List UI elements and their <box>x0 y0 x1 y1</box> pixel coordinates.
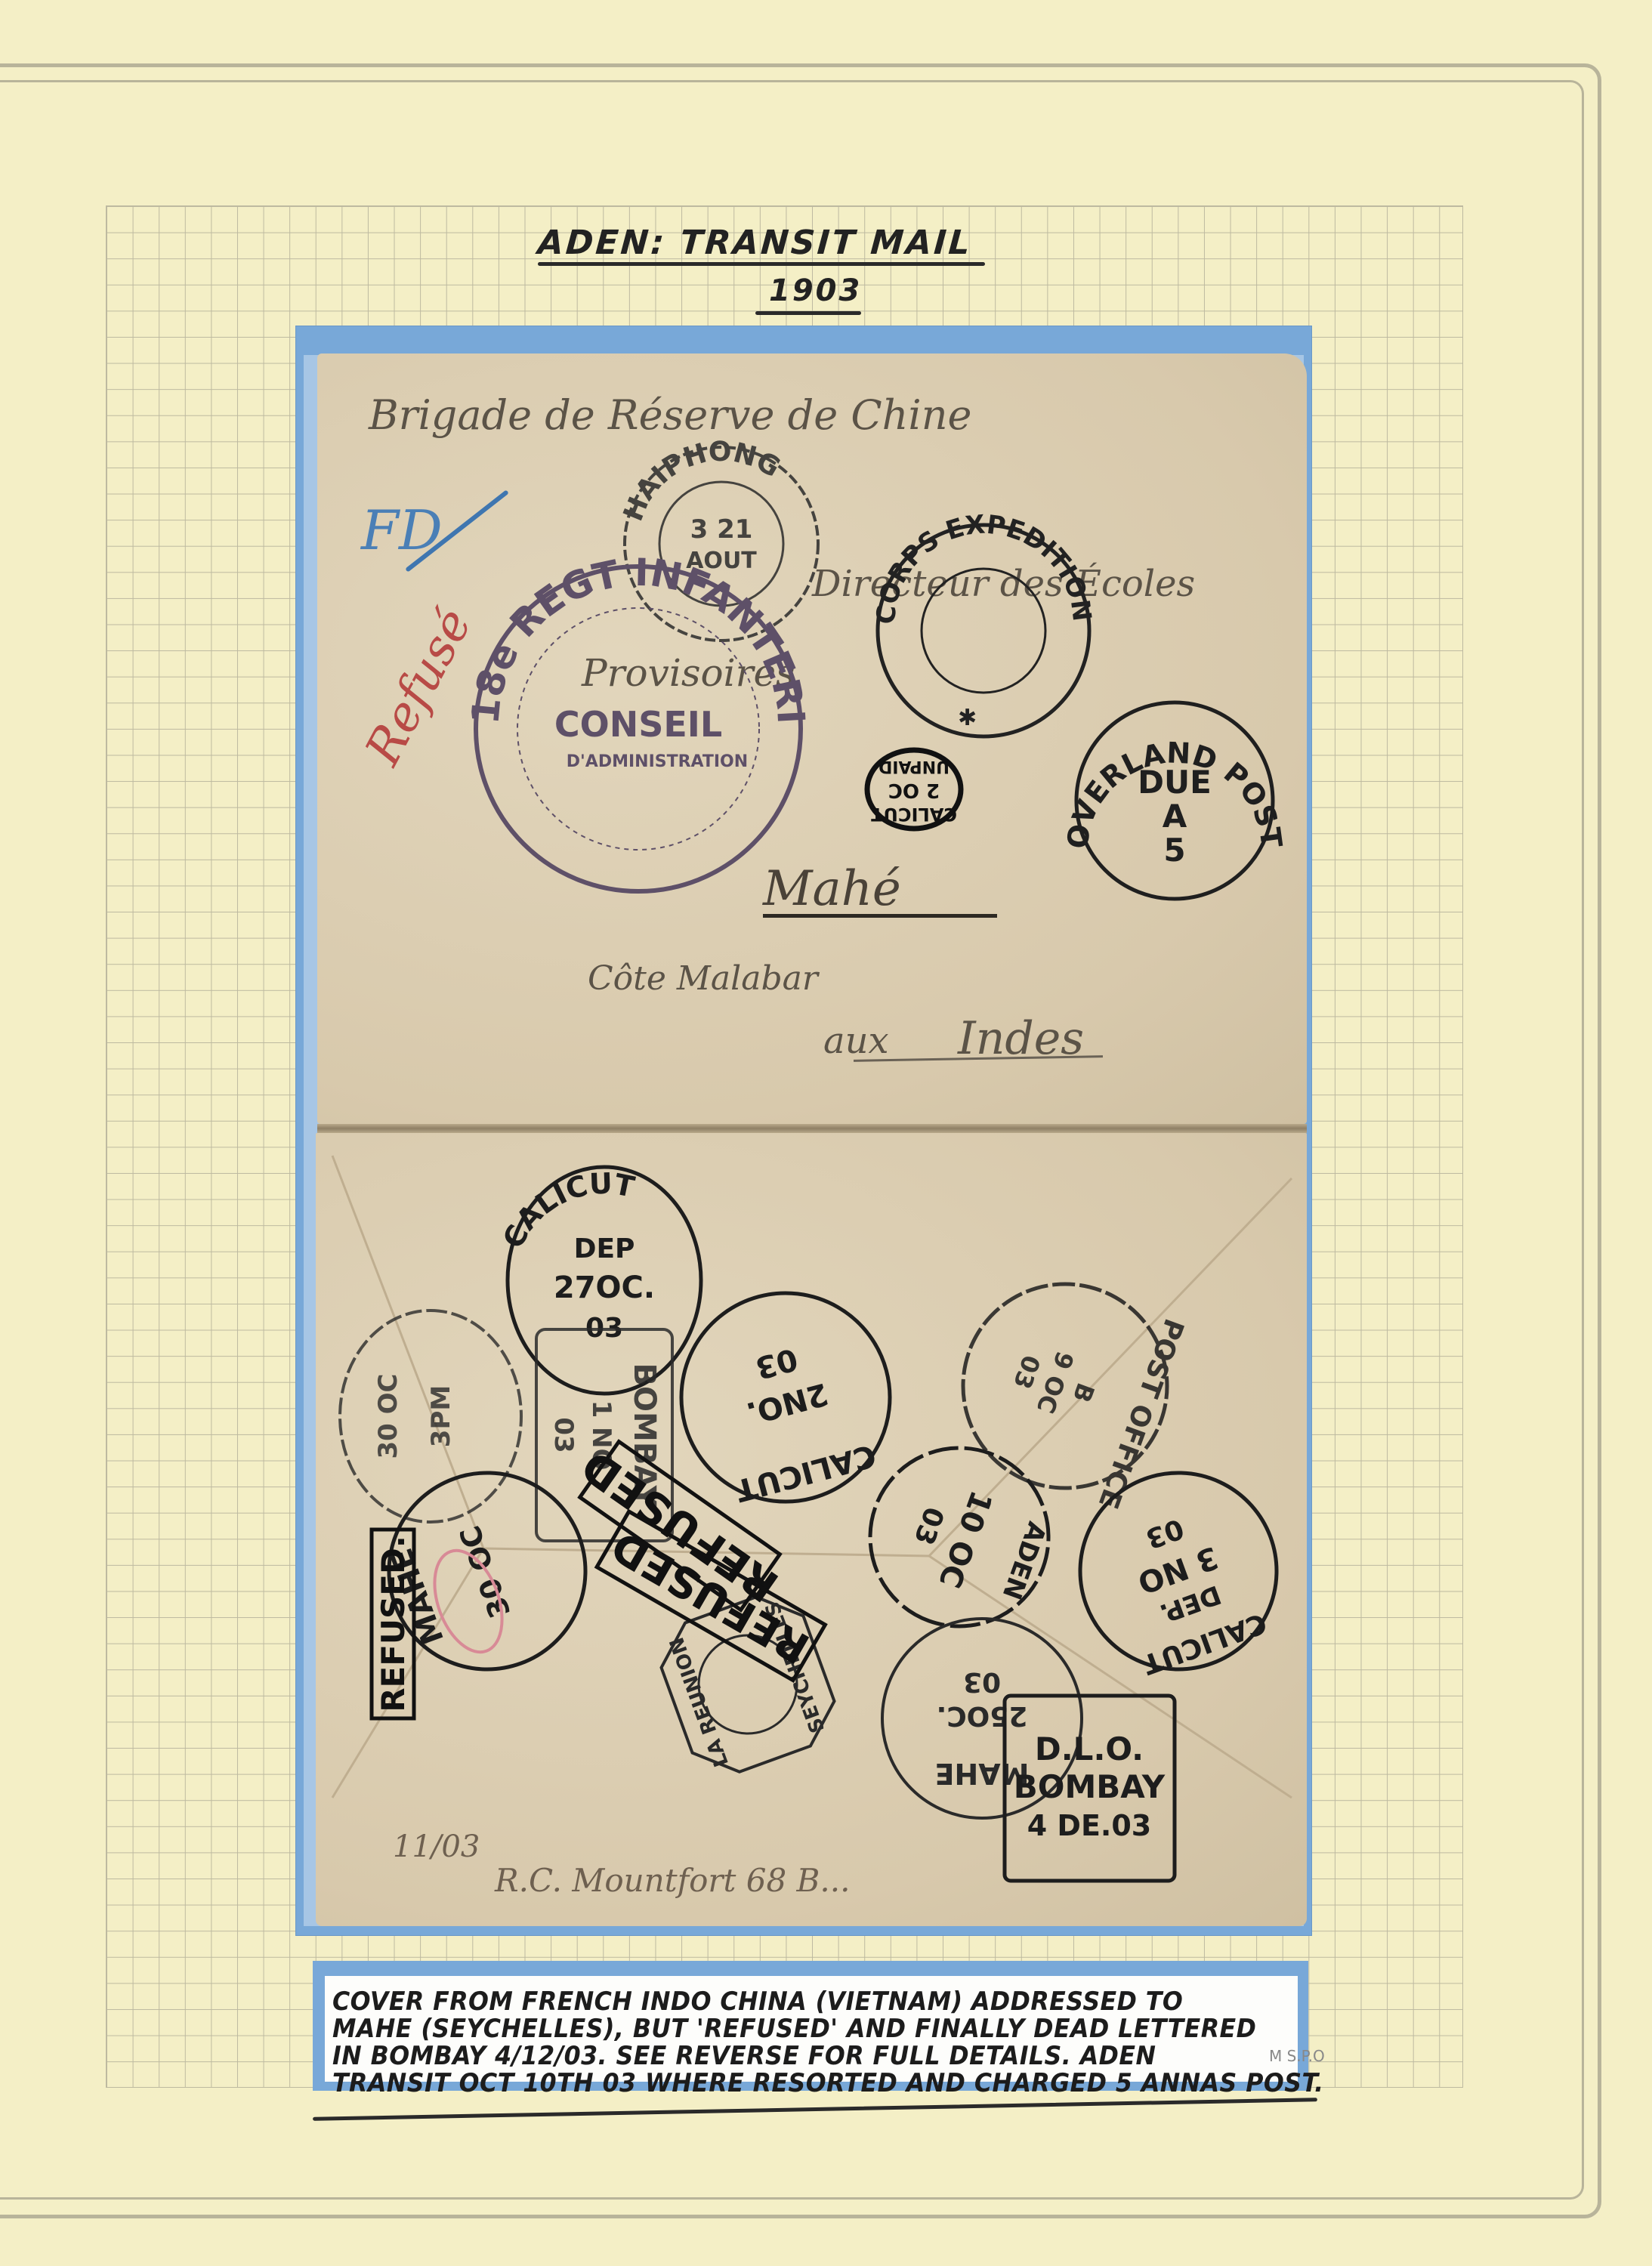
svg-text:2NO.: 2NO. <box>743 1375 832 1431</box>
refused-handstamp-vertical: REFUSED. <box>372 1530 414 1718</box>
svg-text:03: 03 <box>1141 1512 1187 1554</box>
svg-text:CALICUT: CALICUT <box>731 1437 879 1508</box>
svg-text:HAIPHONG: HAIPHONG <box>618 437 786 526</box>
calicut-dep-27oc: CALICUT DEP 27OC. 03 <box>496 1167 701 1394</box>
svg-text:3PM: 3PM <box>426 1385 456 1447</box>
caption-line: COVER FROM FRENCH INDO CHINA (VIETNAM) A… <box>332 1988 1239 2015</box>
caption-line: TRANSIT OCT 10TH 03 WHERE RESORTED AND C… <box>332 2070 1239 2097</box>
svg-text:CORPS EXPEDITIONNAIRE: CORPS EXPEDITIONNAIRE <box>0 0 1097 625</box>
post-office-postmark: POST OFFICE B 9 OC 03 <box>934 1255 1196 1517</box>
dlo-bombay-box-postmark: D.L.O. BOMBAY 4 DE.03 <box>1005 1696 1175 1881</box>
svg-text:D.L.O.: D.L.O. <box>1035 1730 1144 1767</box>
svg-text:POST OFFICE: POST OFFICE <box>1092 1314 1190 1512</box>
svg-text:25OC.: 25OC. <box>937 1700 1028 1731</box>
svg-text:2 OC: 2 OC <box>888 779 940 801</box>
pencil-note: M S.P.O <box>1269 2047 1325 2065</box>
svg-text:4 DE.03: 4 DE.03 <box>1027 1809 1152 1842</box>
svg-text:18e REGT INFANTERIE DE MARINE: 18e REGT INFANTERIE DE MARINE <box>0 0 813 726</box>
caption-line: IN BOMBAY 4/12/03. SEE REVERSE FOR FULL … <box>332 2042 1239 2070</box>
svg-text:03: 03 <box>752 1341 801 1385</box>
svg-text:UNPAID: UNPAID <box>878 757 950 776</box>
caption-text: COVER FROM FRENCH INDO CHINA (VIETNAM) A… <box>332 1988 1239 2097</box>
svg-text:5: 5 <box>1163 832 1185 869</box>
postmarks-layer: HAIPHONG 3 21 AOUT CORPS EXPEDITIONNAIRE… <box>0 0 1652 2266</box>
svg-text:CONSEIL: CONSEIL <box>554 704 722 745</box>
svg-text:D'ADMINISTRATION: D'ADMINISTRATION <box>567 752 748 771</box>
svg-text:03: 03 <box>548 1417 579 1453</box>
svg-text:CALICUT: CALICUT <box>1138 1607 1271 1680</box>
svg-text:BOMBAY: BOMBAY <box>1014 1768 1166 1805</box>
svg-text:CALICUT: CALICUT <box>870 804 957 825</box>
svg-text:27OC.: 27OC. <box>554 1270 655 1305</box>
svg-text:3 21: 3 21 <box>690 514 753 545</box>
svg-text:DEP: DEP <box>574 1233 635 1264</box>
svg-text:30 OC: 30 OC <box>373 1373 403 1459</box>
svg-text:03: 03 <box>963 1666 1001 1697</box>
svg-text:A: A <box>1163 798 1187 835</box>
svg-text:LA REUNION: LA REUNION <box>665 1635 733 1770</box>
calicut-unpaid-oval: CALICUT 2 OC UNPAID <box>867 750 961 829</box>
caption-line: MAHE (SEYCHELLES), BUT 'REFUSED' AND FIN… <box>332 2015 1239 2042</box>
svg-text:10 OC: 10 OC <box>931 1486 999 1592</box>
svg-text:30 OC: 30 OC <box>453 1521 517 1622</box>
svg-text:DUE: DUE <box>1138 764 1212 801</box>
aden-transit-postmark: ADEN 10 OC 03 <box>845 1423 1073 1651</box>
svg-text:✱: ✱ <box>958 705 977 731</box>
svg-text:REFUSED.: REFUSED. <box>375 1536 412 1712</box>
